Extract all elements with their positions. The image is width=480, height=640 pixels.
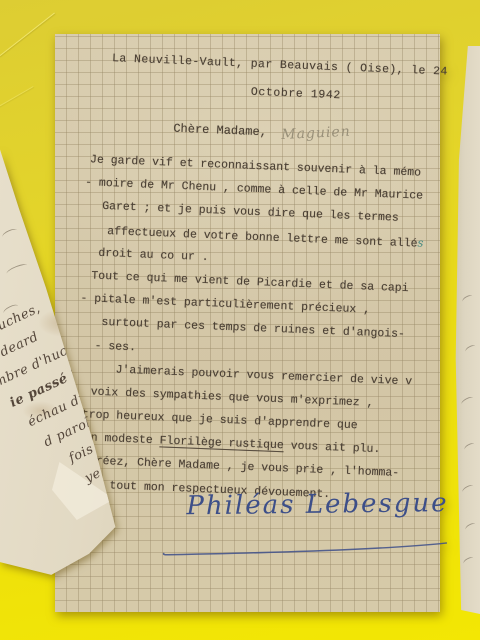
- letter-content: La Neuville-Vault, par Beauvais ( Oise),…: [62, 36, 435, 620]
- handwriting-mark: [461, 484, 474, 495]
- photo-of-letter: { "colors":{ "background_yellow":"#e9da1…: [0, 0, 480, 640]
- pencil-annotation: Maguien: [281, 124, 351, 143]
- handwriting-mark: [462, 556, 475, 566]
- signature-flourish: [160, 525, 451, 571]
- handwriting-mark: [464, 522, 477, 532]
- letter-date: Octobre 1942: [251, 86, 341, 103]
- handwriting-mark: [460, 395, 474, 406]
- letter-body: Je garde vif et reconnaissant souvenir à…: [73, 148, 431, 509]
- right-paper-strip: [453, 46, 480, 614]
- handwriting-mark: [5, 262, 28, 277]
- salutation-text: Chère Madame,: [173, 122, 267, 140]
- ink-correction: s: [417, 235, 423, 249]
- underlined-book-title: Florilège rustique: [159, 435, 284, 453]
- card-crease: [0, 86, 34, 107]
- ink-signature: Philéas Lebesgue: [186, 488, 449, 521]
- handwriting-mark: [463, 442, 476, 452]
- letter-dateline: La Neuville-Vault, par Beauvais ( Oise),…: [112, 52, 448, 78]
- handwriting-mark: [1, 227, 18, 240]
- card-crease: [0, 13, 55, 57]
- handwriting-mark: [461, 294, 474, 304]
- handwriting-mark: [464, 344, 477, 354]
- letter-salutation: Chère Madame,Maguien: [173, 120, 351, 143]
